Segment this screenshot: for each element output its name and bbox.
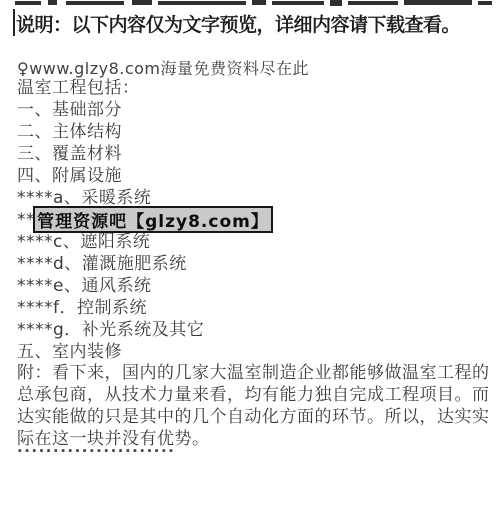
outline-subitem: ****c、遮阳系统 (17, 231, 204, 253)
attachment-line: 总承包商，从技术力量来看，均有能力独自完成工程项目。而 (17, 384, 490, 406)
attachment-note: 附：看下来，国内的几家大温室制造企业都能够做温室工程的 总承包商，从技术力量来看… (17, 362, 490, 450)
outline-subitem: ****g．补光系统及其它 (17, 319, 204, 341)
text-cursor-artifact (13, 9, 15, 36)
site-promo-text: ♀www.glzy8.com海量免费资料尽在此 (17, 56, 309, 79)
attachment-line: 附：看下来，国内的几家大温室制造企业都能够做温室工程的 (17, 362, 490, 384)
attachment-line: 达实能做的只是其中的几个自动化方面的环节。所以，达实实 (17, 406, 490, 428)
preview-notice-title: 说明：以下内容仅为文字预览，详细内容请下载查看。 (16, 10, 460, 37)
outline-item: 一、基础部分 (17, 99, 204, 121)
ellipsis-dots: ...................... (17, 438, 175, 456)
outline-subitem: ****e、通风系统 (17, 275, 204, 297)
outline-item: 二、主体结构 (17, 121, 204, 143)
watermark-box: 管理资源吧【glzy8.com】 (33, 206, 273, 233)
outline-item: 三、覆盖材料 (17, 143, 204, 165)
outline-item: 四、附属设施 (17, 165, 204, 187)
outline-subitem: ****d、灌溉施肥系统 (17, 253, 204, 275)
outline-subitem: ****f．控制系统 (17, 297, 204, 319)
outline-item: 五、室内装修 (17, 341, 204, 363)
scan-artifact-torn-text-edge (0, 0, 500, 7)
outline-intro: 温室工程包括： (17, 77, 204, 99)
